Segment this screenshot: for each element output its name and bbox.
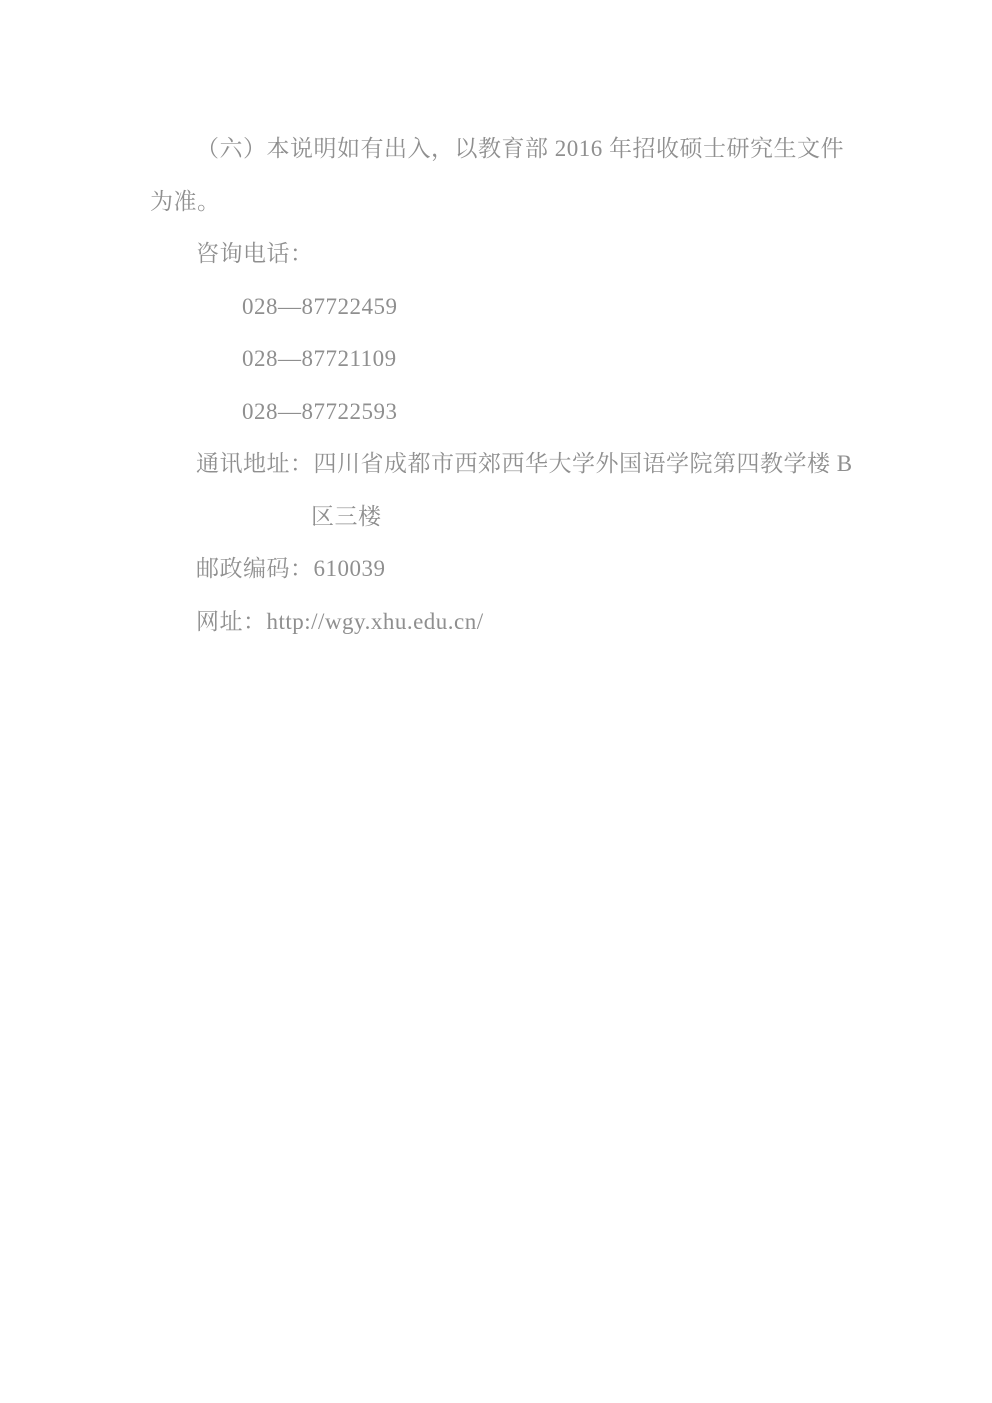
postal-line: 邮政编码：610039 <box>150 543 842 596</box>
address-label: 通讯地址： <box>196 451 314 476</box>
postal-code: 610039 <box>314 556 386 581</box>
note-paragraph-line1: （六）本说明如有出入，以教育部 2016 年招收硕士研究生文件 <box>150 123 842 176</box>
postal-label: 邮政编码： <box>196 556 314 581</box>
phone-number: 028—87721109 <box>150 333 842 386</box>
phone-number: 028—87722459 <box>150 281 842 334</box>
document-page: （六）本说明如有出入，以教育部 2016 年招收硕士研究生文件 为准。 咨询电话… <box>0 0 992 1403</box>
phone-number: 028—87722593 <box>150 386 842 439</box>
address-line1: 通讯地址：四川省成都市西郊西华大学外国语学院第四教学楼 B <box>150 438 842 491</box>
website-line: 网址：http://wgy.xhu.edu.cn/ <box>150 596 842 649</box>
note-paragraph-line2: 为准。 <box>150 176 842 229</box>
address-value-line1: 四川省成都市西郊西华大学外国语学院第四教学楼 B <box>314 451 853 476</box>
website-url: http://wgy.xhu.edu.cn/ <box>267 609 484 634</box>
address-value-line2: 区三楼 <box>150 491 842 544</box>
phone-label: 咨询电话： <box>150 228 842 281</box>
website-label: 网址： <box>196 609 267 634</box>
